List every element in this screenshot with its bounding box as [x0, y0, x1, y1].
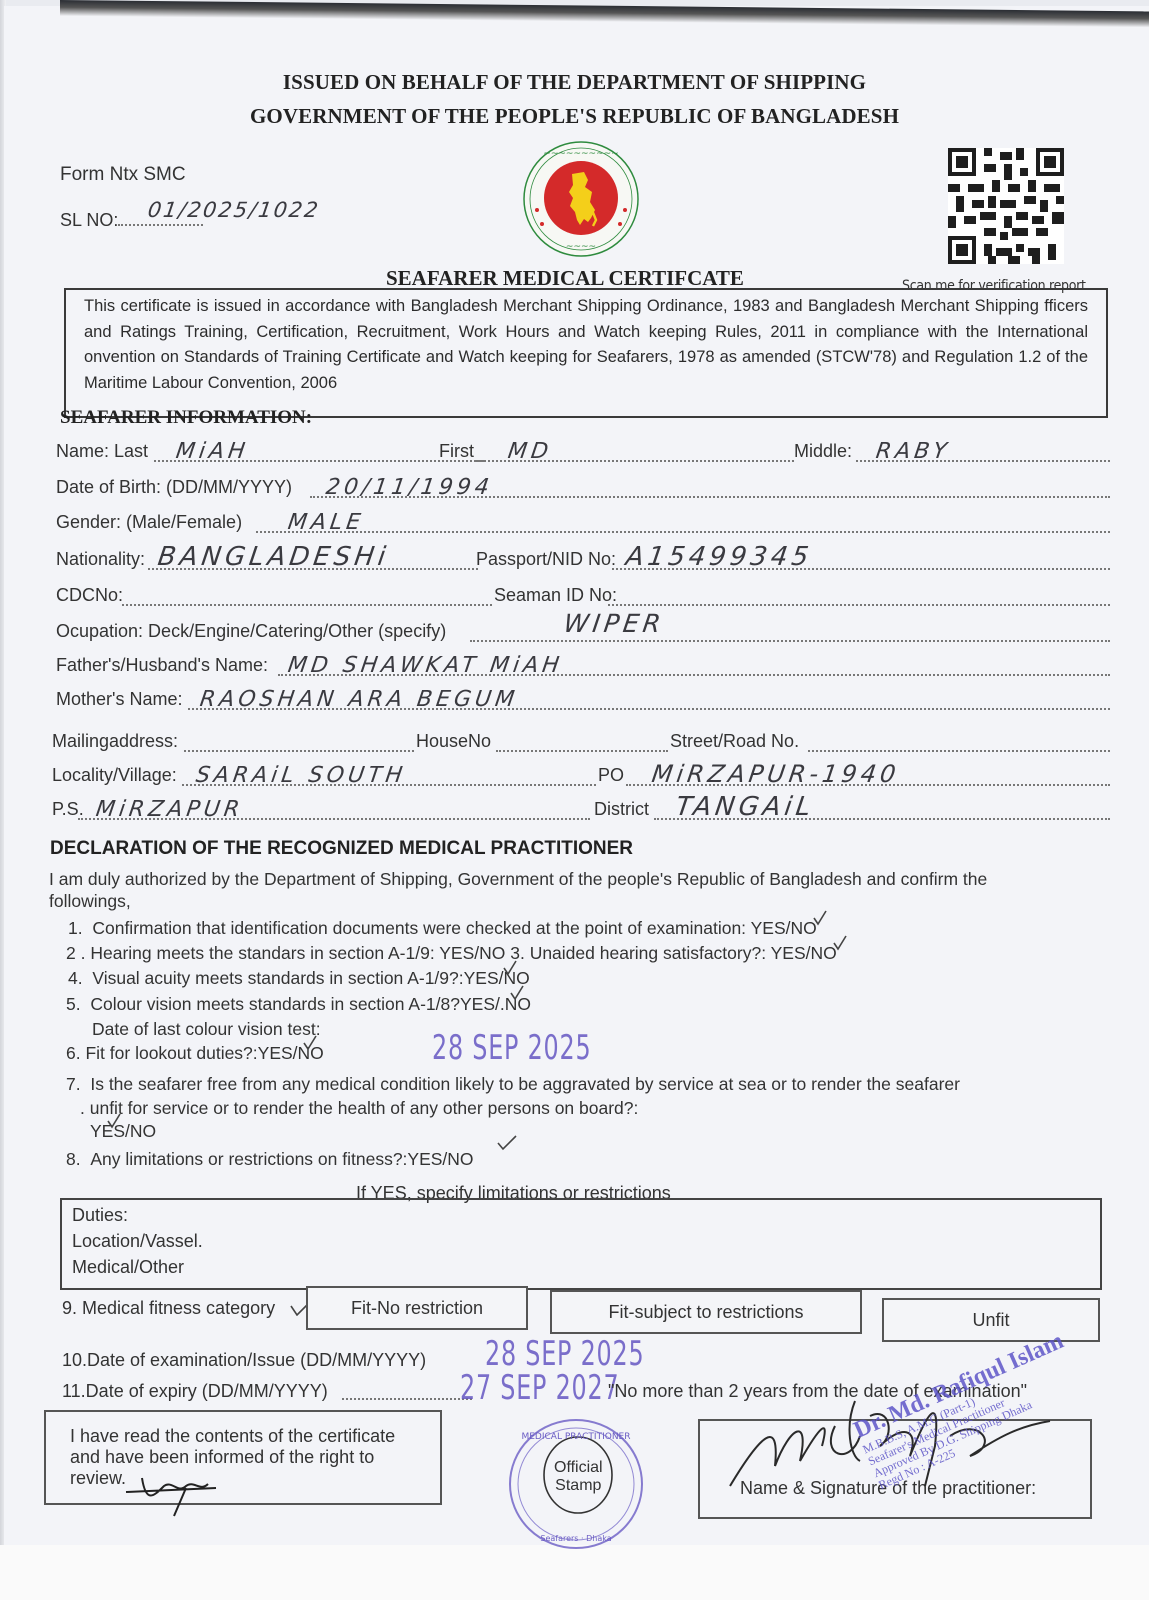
occupation-label: Ocupation: Deck/Engine/Catering/Other (s… [56, 621, 446, 642]
checkmark-icon [497, 1135, 517, 1151]
declaration-intro: I am duly authorized by the Department o… [49, 868, 1049, 912]
fitness-category-label: 9. Medical fitness category [62, 1298, 275, 1319]
declaration-item-8: 8. Any limitations or restrictions on fi… [66, 1149, 474, 1170]
expiry-date-stamp: 27 SEP 2027 [460, 1368, 619, 1408]
po-label: PO [598, 765, 624, 786]
occupation-value[interactable]: WIPER [562, 609, 666, 638]
father-name-row: Father's/Husband's Name: MD SHAWKAT MiAH [56, 650, 1110, 678]
issuer-title-line1: ISSUED ON BEHALF OF THE DEPARTMENT OF SH… [0, 70, 1149, 95]
street-label: Street/Road No. [670, 731, 799, 752]
locality-row: Locality/Village: SARAiL SOUTH PO MiRZAP… [56, 760, 1110, 788]
declaration-item-1: 1. Confirmation that identification docu… [68, 918, 817, 939]
issuer-title-line2: GOVERNMENT OF THE PEOPLE'S REPUBLIC OF B… [0, 104, 1149, 129]
official-stamp-seal: MEDICAL PRACTITIONER Seafarers · Dhaka O… [506, 1417, 646, 1551]
passport-label: Passport/NID No: [476, 549, 616, 570]
checkmark-icon [833, 935, 847, 951]
cdc-label: CDCNo: [56, 585, 123, 606]
form-number: Form Ntx SMC [60, 164, 186, 186]
cdc-row: CDCNo: Seaman ID No: [56, 580, 1110, 608]
svg-text:Seafarers · Dhaka: Seafarers · Dhaka [540, 1534, 611, 1543]
svg-text:~~~~~~~~~~: ~~~~~~~~~~ [543, 149, 618, 159]
declaration-item-7-cont: . unfit for service or to render the hea… [80, 1098, 638, 1119]
svg-text:~~~~: ~~~~ [566, 242, 596, 252]
declaration-item-7: 7. Is the seafarer free from any medical… [66, 1074, 960, 1095]
declaration-heading: DECLARATION OF THE RECOGNIZED MEDICAL PR… [50, 838, 633, 860]
nationality-row: Nationality: BANGLADESHi Passport/NID No… [56, 544, 1110, 572]
mailing-address-row: Mailingaddress: HouseNo Street/Road No. [56, 726, 1110, 754]
mother-name-label: Mother's Name: [56, 689, 182, 710]
serial-number: SL NO: 01/2025/1022 [60, 210, 203, 231]
bangladesh-government-seal-icon: ~~~~~~~~~~ ~~~~ [522, 140, 640, 258]
father-name-value[interactable]: MD SHAWKAT MiAH [286, 653, 564, 678]
qr-code-icon[interactable] [948, 148, 1064, 264]
locality-value[interactable]: SARAiL SOUTH [194, 763, 408, 788]
dob-value[interactable]: 20/11/1994 [324, 475, 494, 500]
checkmark-icon [813, 910, 827, 926]
seaman-id-label: Seaman ID No: [494, 585, 617, 606]
checkmark-icon [503, 960, 517, 976]
gender-value[interactable]: MALE [286, 510, 366, 535]
fitness-option-fit-subject-to-restrictions[interactable]: Fit-subject to restrictions [550, 1290, 862, 1334]
fitness-option-unfit[interactable]: Unfit [882, 1298, 1100, 1342]
nationality-label: Nationality: [56, 549, 145, 570]
seafarer-acknowledgement-box: I have read the contents of the certific… [44, 1410, 442, 1505]
restriction-medical: Medical/Other [72, 1254, 1090, 1280]
middle-name-label: Middle: [794, 441, 852, 462]
restrictions-box[interactable]: Duties: Location/Vassel. Medical/Other [60, 1198, 1102, 1290]
serial-number-value: 01/2025/1022 [146, 198, 321, 222]
passport-value[interactable]: A15499345 [624, 542, 814, 572]
official-stamp-label-2: Stamp [554, 1477, 603, 1495]
ps-district-row: P.S. MiRZAPUR District TANGAiL [56, 794, 1110, 822]
first-name-value[interactable]: MD [506, 439, 553, 464]
mother-name-value[interactable]: RAOSHAN ARA BEGUM [198, 687, 520, 712]
locality-label: Locality/Village: [52, 765, 177, 786]
colour-test-date-label: Date of last colour vision test: [92, 1019, 321, 1040]
middle-name-value[interactable]: RABY [874, 439, 952, 464]
fitness-option-fit-no-restriction[interactable]: Fit-No restriction [306, 1286, 528, 1330]
legal-basis-box: This certificate is issued in accordance… [64, 288, 1108, 418]
declaration-item-5: 5. Colour vision meets standards in sect… [66, 994, 531, 1015]
gender-label: Gender: (Male/Female) [56, 512, 242, 533]
ps-label: P.S. [52, 799, 84, 820]
mailing-address-label: Mailingaddress: [52, 731, 178, 752]
expiry-date-label: 11.Date of expiry (DD/MM/YYYY) [62, 1381, 328, 1402]
exam-date-label: 10.Date of examination/Issue (DD/MM/YYYY… [62, 1350, 426, 1371]
house-no-label: HouseNo [416, 731, 491, 752]
restriction-location: Location/Vassel. [72, 1228, 1090, 1254]
declaration-item-7-answer: YES/NO [90, 1121, 156, 1142]
last-name-value[interactable]: MiAH [174, 439, 250, 464]
official-stamp-label-1: Official [554, 1459, 603, 1477]
colour-test-date-stamp: 28 SEP 2025 [432, 1028, 591, 1068]
seafarer-signature [124, 1474, 224, 1518]
district-value[interactable]: TANGAiL [674, 792, 817, 822]
declaration-item-6: 6. Fit for lookout duties?:YES/NO [66, 1043, 324, 1064]
declaration-item-4: 4. Visual acuity meets standards in sect… [68, 968, 530, 989]
nationality-value[interactable]: BANGLADESHi [156, 542, 391, 572]
gender-row: Gender: (Male/Female) MALE [56, 507, 1110, 535]
checkmark-icon [107, 1113, 121, 1129]
page-bottom-margin [0, 1545, 1149, 1600]
restriction-duties: Duties: [72, 1202, 1090, 1228]
mother-name-row: Mother's Name: RAOSHAN ARA BEGUM [56, 684, 1110, 712]
occupation-row: Ocupation: Deck/Engine/Catering/Other (s… [56, 616, 1110, 644]
acknowledgement-text: I have read the contents of the certific… [70, 1426, 395, 1488]
ps-value[interactable]: MiRZAPUR [94, 797, 245, 822]
father-name-label: Father's/Husband's Name: [56, 655, 268, 676]
po-value[interactable]: MiRZAPUR-1940 [650, 760, 901, 788]
dob-label: Date of Birth: (DD/MM/YYYY) [56, 477, 292, 498]
seafarer-info-heading: SEAFARER INFORMATION: [60, 407, 312, 429]
first-name-label: First [439, 441, 474, 462]
checkmark-icon [303, 1035, 317, 1051]
declaration-item-2-3: 2 . Hearing meets the standars in sectio… [66, 943, 837, 964]
district-label: District [594, 799, 649, 820]
dob-row: Date of Birth: (DD/MM/YYYY) 20/11/1994 [56, 472, 1110, 500]
serial-number-label: SL NO: [60, 210, 118, 230]
name-row: Name: Last MiAH First MD Middle: RABY [56, 436, 1110, 464]
svg-text:MEDICAL PRACTITIONER: MEDICAL PRACTITIONER [521, 1432, 630, 1442]
last-name-label: Name: Last [56, 441, 148, 462]
checkmark-icon [510, 985, 524, 1001]
